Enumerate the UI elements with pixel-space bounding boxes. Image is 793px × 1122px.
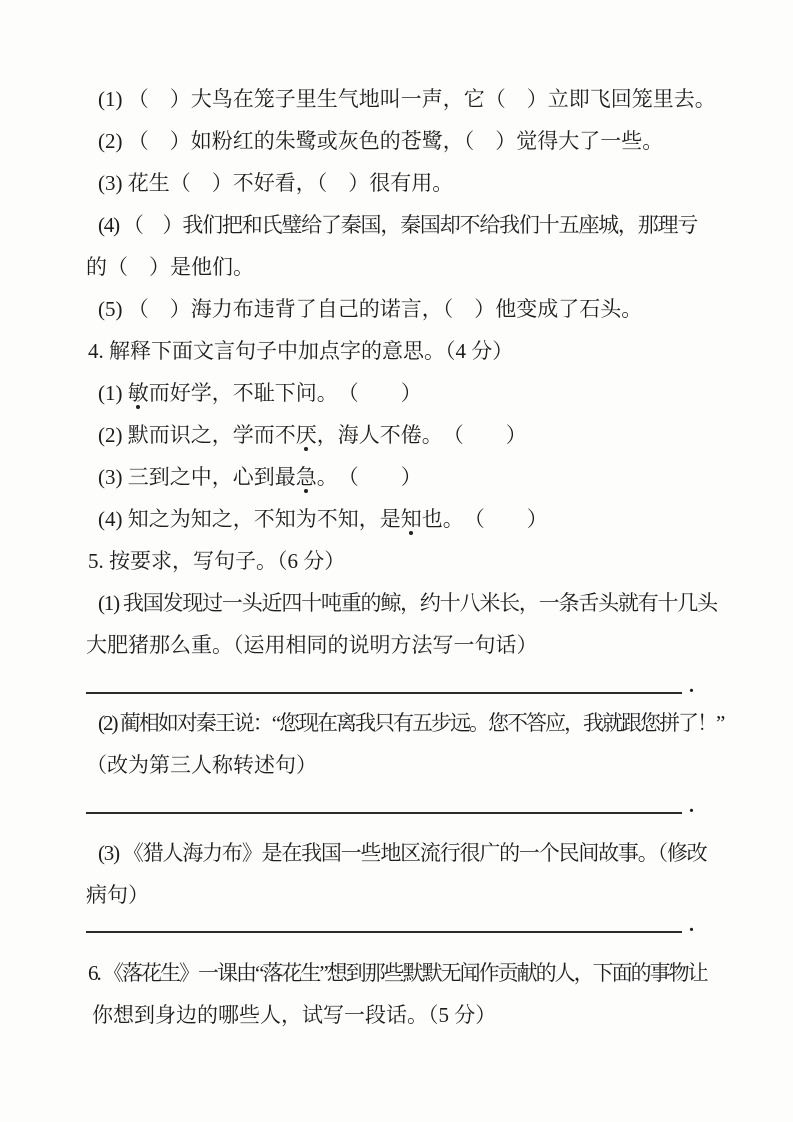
text-segment: 。 （ ） [317, 465, 422, 489]
dotted-char: 知 [401, 498, 422, 540]
exam-worksheet-page: (1) （ ）大鸟在笼子里生气地叫一声，它（ ）立即飞回笼里去。 (2) （ ）… [0, 0, 793, 1122]
q5-item-2: (2) 蔺相如对秦王说：“您现在离我只有五步远。您不答应，我就跟您拼了！” [86, 702, 793, 744]
trailing-period: . [682, 798, 694, 814]
answer-underline [86, 784, 682, 814]
text-segment: 而好学，不耻下问。 （ ） [149, 381, 422, 405]
text-segment: (3) 三到之中，心到最 [98, 465, 296, 489]
q4-item-4: (4) 知之为知之，不知为不知，是知也。 （ ） [86, 498, 793, 540]
q3-item-4-continued: 的（ ）是他们。 [86, 246, 793, 288]
q5-item-2-continued: （改为第三人称转述句） [86, 744, 793, 786]
q3-item-1: (1) （ ）大鸟在笼子里生气地叫一声，它（ ）立即飞回笼里去。 [86, 78, 793, 120]
q5-title: 5. 按要求，写句子。（6 分） [86, 540, 793, 582]
q4-item-3: (3) 三到之中，心到最急。 （ ） [86, 456, 793, 498]
trailing-period: . [682, 678, 694, 694]
q6-title-continued: 你想到身边的哪些人，试写一段话。（5 分） [86, 994, 793, 1036]
q5-item-1-continued: 大肥猪那么重。（运用相同的说明方法写一句话） [86, 624, 793, 666]
answer-blank-line: . [86, 666, 793, 694]
answer-blank-line: . [86, 916, 793, 933]
q6-title: 6. 《落花生》一课由“落花生”想到那些默默无闻作贡献的人，下面的事物让 [86, 952, 793, 994]
q3-item-4: (4) （ ）我们把和氏璧给了秦国，秦国却不给我们十五座城，那理亏 [86, 204, 793, 246]
q5-item-3-continued: 病句） [86, 874, 793, 916]
q5-item-1: (1) 我国发现过一头近四十吨重的鲸，约十八米长，一条舌头就有十几头 [86, 582, 793, 624]
dotted-char: 敏 [128, 372, 149, 414]
q4-item-1: (1) 敏而好学，不耻下问。 （ ） [86, 372, 793, 414]
q3-item-2: (2) （ ）如粉红的朱鹭或灰色的苍鹭，（ ）觉得大了一些。 [86, 120, 793, 162]
trailing-period: . [682, 917, 694, 933]
q4-title: 4. 解释下面文言句子中加点字的意思。（4 分） [86, 330, 793, 372]
text-segment: ，海人不倦。 （ ） [317, 423, 527, 447]
text-segment: (2) 默而识之，学而不 [98, 423, 296, 447]
text-segment: (4) 知之为知之，不知为不知，是 [98, 507, 401, 531]
answer-underline [86, 914, 682, 933]
q3-item-3: (3) 花生（ ）不好看，（ ）很有用。 [86, 162, 793, 204]
q4-item-2: (2) 默而识之，学而不厌，海人不倦。 （ ） [86, 414, 793, 456]
q5-item-3: (3) 《猎人海力布》是在我国一些地区流行很广的一个民间故事。（修改 [86, 832, 793, 874]
answer-underline [86, 664, 682, 694]
text-segment: (1) [98, 381, 128, 405]
answer-blank-line: . [86, 786, 793, 814]
text-segment: 也。 （ ） [422, 507, 548, 531]
dotted-char: 急 [296, 456, 317, 498]
dotted-char: 厌 [296, 414, 317, 456]
q3-item-5: (5) （ ）海力布违背了自己的诺言，（ ）他变成了石头。 [86, 288, 793, 330]
